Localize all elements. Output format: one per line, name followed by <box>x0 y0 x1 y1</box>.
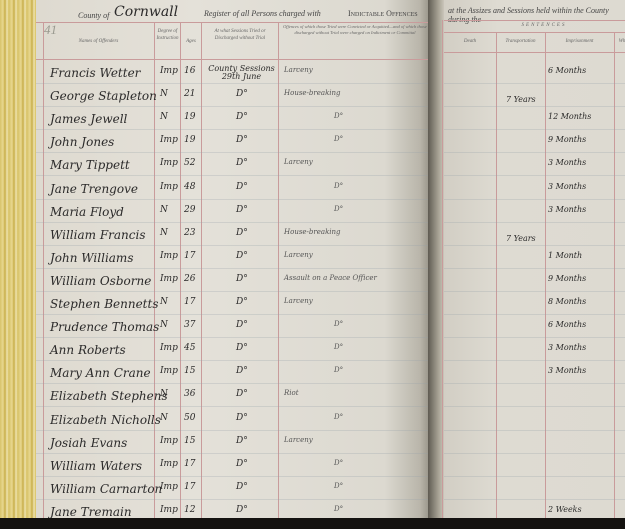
imprisonment-sentence: 3 Months <box>548 182 586 191</box>
offender-age: 17 <box>184 459 195 469</box>
col-header-death: Death <box>444 38 496 45</box>
offender-age: 23 <box>184 228 195 238</box>
register-title: Register of all Persons charged with <box>204 9 321 18</box>
degree-of-instruction: N <box>160 205 168 215</box>
imprisonment-sentence: 6 Months <box>548 66 586 75</box>
register-title-caps: Indictable Offences <box>348 9 418 18</box>
sessions-tried: D° <box>236 343 248 353</box>
offence: D° <box>334 459 343 467</box>
offender-name: William Waters <box>50 459 142 473</box>
sessions-tried: D° <box>236 274 248 284</box>
col-header-transportation: Transportation <box>496 38 545 45</box>
imprisonment-sentence: 8 Months <box>548 297 586 306</box>
sessions-tried: D° <box>236 112 248 122</box>
imprisonment-sentence: 3 Months <box>548 366 586 375</box>
offender-age: 29 <box>184 205 195 215</box>
offender-age: 52 <box>184 158 195 168</box>
page-edges <box>0 0 40 518</box>
offence: Larceny <box>284 436 313 444</box>
degree-of-instruction: N <box>160 297 168 307</box>
col-header-sessions: At what Sessions Tried or Discharged wit… <box>204 28 276 42</box>
imprisonment-sentence: 3 Months <box>548 343 586 352</box>
degree-of-instruction: Imp <box>160 505 178 515</box>
offender-name: Ann Roberts <box>50 343 126 357</box>
offender-name: Jane Tremain <box>50 505 132 519</box>
degree-of-instruction: N <box>160 89 168 99</box>
offence: D° <box>334 135 343 143</box>
offender-age: 15 <box>184 366 195 376</box>
degree-of-instruction: Imp <box>160 158 178 168</box>
degree-of-instruction: N <box>160 389 168 399</box>
degree-of-instruction: N <box>160 320 168 330</box>
sessions-tried: D° <box>236 482 248 492</box>
offence: D° <box>334 182 343 190</box>
county-label: County of <box>78 11 109 20</box>
sentences-label: SENTENCES <box>504 22 584 29</box>
offender-name: Maria Floyd <box>50 205 124 219</box>
degree-of-instruction: Imp <box>160 251 178 261</box>
offender-name: Josiah Evans <box>50 436 127 450</box>
offence: D° <box>334 413 343 421</box>
degree-of-instruction: N <box>160 413 168 423</box>
offender-name: Elizabeth Stephens <box>50 389 168 403</box>
offender-age: 26 <box>184 274 195 284</box>
offence: D° <box>334 320 343 328</box>
col-header-names: Names of Offenders <box>43 38 154 45</box>
offender-age: 45 <box>184 343 195 353</box>
sessions-tried: D° <box>236 436 248 446</box>
county-name: Cornwall <box>114 4 178 20</box>
offender-name: John Jones <box>50 135 114 149</box>
sessions-tried: D° <box>236 228 248 238</box>
degree-of-instruction: Imp <box>160 436 178 446</box>
offence: Riot <box>284 389 299 397</box>
offender-age: 21 <box>184 89 195 99</box>
col-header-whipping: Whip <box>614 38 625 45</box>
offender-name: George Stapleton <box>50 89 157 103</box>
offence: D° <box>334 482 343 490</box>
sessions-tried: D° <box>236 135 248 145</box>
offender-age: 19 <box>184 112 195 122</box>
offender-age: 48 <box>184 182 195 192</box>
offence: Larceny <box>284 297 313 305</box>
imprisonment-sentence: 1 Month <box>548 251 582 260</box>
offender-name: William Carnarton <box>50 482 162 496</box>
offender-name: Mary Tippett <box>50 158 130 172</box>
offence: D° <box>334 343 343 351</box>
sessions-tried: D° <box>236 459 248 469</box>
degree-of-instruction: Imp <box>160 459 178 469</box>
offence: Larceny <box>284 66 313 74</box>
offender-age: 19 <box>184 135 195 145</box>
imprisonment-sentence: 12 Months <box>548 112 591 121</box>
degree-of-instruction: N <box>160 228 168 238</box>
offender-age: 36 <box>184 389 195 399</box>
imprisonment-sentence: 9 Months <box>548 274 586 283</box>
offender-age: 50 <box>184 413 195 423</box>
offence: D° <box>334 505 343 513</box>
sessions-tried: D° <box>236 320 248 330</box>
offender-age: 17 <box>184 251 195 261</box>
degree-of-instruction: Imp <box>160 182 178 192</box>
sessions-tried: D° <box>236 89 248 99</box>
offender-age: 15 <box>184 436 195 446</box>
offence: D° <box>334 112 343 120</box>
offender-age: 16 <box>184 66 195 76</box>
col-header-imprisonment: Imprisonment <box>545 38 614 45</box>
sessions-tried: D° <box>236 205 248 215</box>
offender-name: James Jewell <box>50 112 127 126</box>
offender-name: Mary Ann Crane <box>50 366 151 380</box>
degree-of-instruction: Imp <box>160 343 178 353</box>
degree-of-instruction: Imp <box>160 135 178 145</box>
offender-age: 17 <box>184 482 195 492</box>
transportation-sentence: 7 Years <box>506 95 536 104</box>
degree-of-instruction: Imp <box>160 274 178 284</box>
offender-name: Jane Trengove <box>50 182 138 196</box>
offender-name: Francis Wetter <box>50 66 140 80</box>
offender-name: Prudence Thomas <box>50 320 159 334</box>
imprisonment-sentence: 3 Months <box>548 205 586 214</box>
degree-of-instruction: Imp <box>160 482 178 492</box>
offence: D° <box>334 205 343 213</box>
offender-age: 17 <box>184 297 195 307</box>
offence: Larceny <box>284 158 313 166</box>
degree-of-instruction: Imp <box>160 366 178 376</box>
offender-name: Elizabeth Nicholls <box>50 413 161 427</box>
sessions-tried: D° <box>236 389 248 399</box>
col-header-ages: Ages <box>181 38 201 45</box>
offender-name: John Williams <box>50 251 133 265</box>
book-shadow <box>0 518 625 529</box>
sessions-tried: D° <box>236 158 248 168</box>
sessions-tried: County Sessions 29th June <box>204 65 279 81</box>
imprisonment-sentence: 3 Months <box>548 158 586 167</box>
sessions-tried: D° <box>236 505 248 515</box>
offender-age: 37 <box>184 320 195 330</box>
sessions-tried: D° <box>236 413 248 423</box>
imprisonment-sentence: 9 Months <box>548 135 586 144</box>
imprisonment-sentence: 2 Weeks <box>548 505 582 514</box>
register-book: 41 County of Cornwall Register of all Pe… <box>0 0 625 518</box>
offence: D° <box>334 366 343 374</box>
offender-age: 12 <box>184 505 195 515</box>
right-page: at the Assizes and Sessions held within … <box>444 0 625 518</box>
sessions-tried: D° <box>236 366 248 376</box>
degree-of-instruction: Imp <box>160 66 178 76</box>
sessions-tried: D° <box>236 297 248 307</box>
page-number: 41 <box>44 22 57 38</box>
offender-name: William Osborne <box>50 274 151 288</box>
offender-name: Stephen Bennetts <box>50 297 158 311</box>
offence: House-breaking <box>284 228 341 236</box>
offence: Larceny <box>284 251 313 259</box>
sessions-tried: D° <box>236 251 248 261</box>
offence: Assault on a Peace Officer <box>284 274 377 282</box>
imprisonment-sentence: 6 Months <box>548 320 586 329</box>
col-header-degree: Degree of Instruction <box>155 28 180 42</box>
offender-name: William Francis <box>50 228 145 242</box>
degree-of-instruction: N <box>160 112 168 122</box>
offence: House-breaking <box>284 89 341 97</box>
col-header-offences: Offences of which those Tried were Convi… <box>281 24 429 36</box>
transportation-sentence: 7 Years <box>506 234 536 243</box>
sessions-tried: D° <box>236 182 248 192</box>
left-page: 41 County of Cornwall Register of all Pe… <box>36 0 432 518</box>
